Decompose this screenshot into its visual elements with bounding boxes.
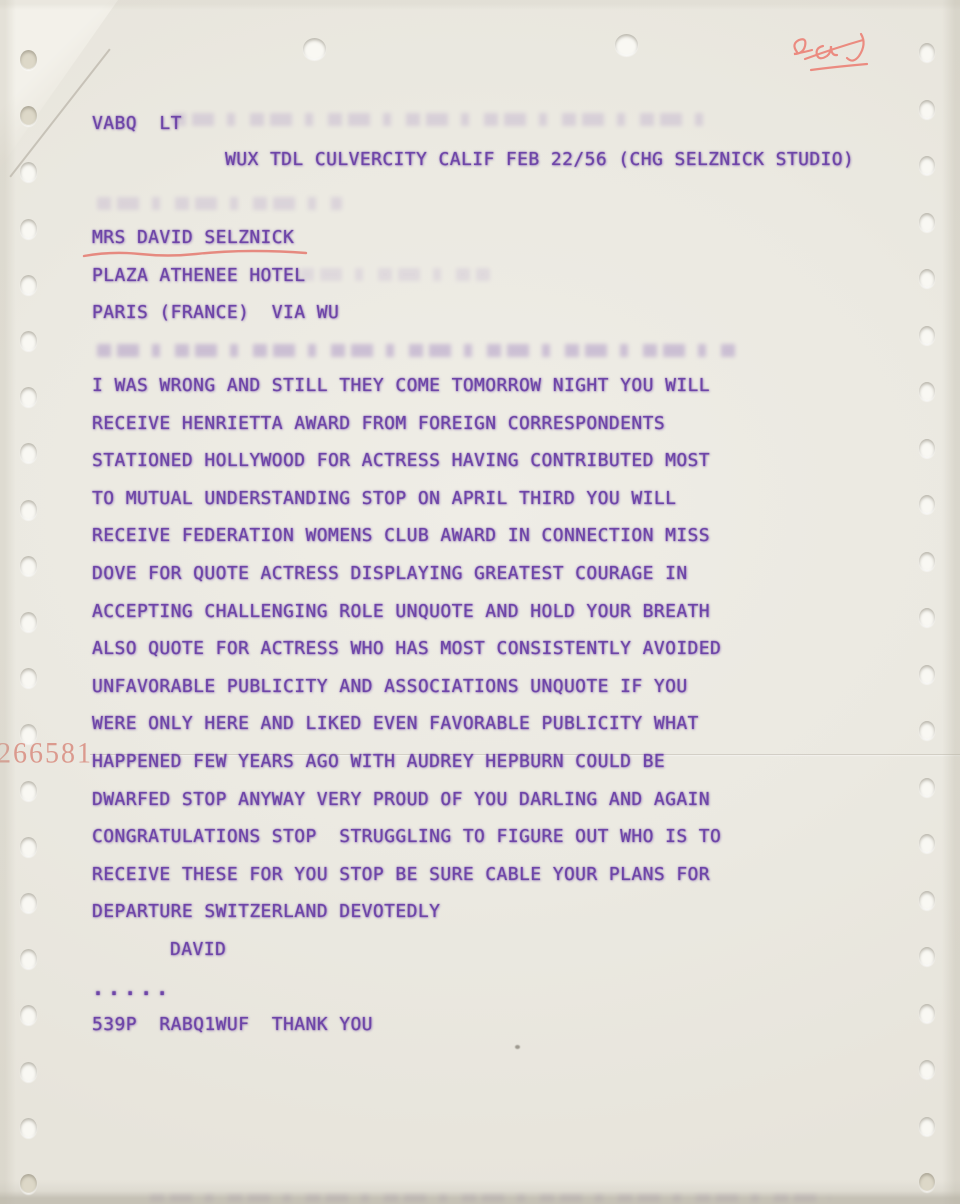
body-line: I WAS WRONG AND STILL THEY COME TOMORROW… <box>92 376 721 396</box>
origin-line: WUX TDL CULVERCITY CALIF FEB 22/56 (CHG … <box>225 150 854 170</box>
punch-hole <box>20 331 37 351</box>
recipient-address-line: PLAZA ATHENEE HOTEL <box>92 266 339 286</box>
punch-hole <box>20 949 37 969</box>
punch-hole <box>20 275 37 295</box>
punch-hole <box>919 552 935 571</box>
telegram-page: VABQ LT WUX TDL CULVERCITY CALIF FEB 22/… <box>0 0 960 1204</box>
punch-hole <box>919 778 935 797</box>
signature: DAVID <box>170 940 226 960</box>
punch-hole <box>20 1062 37 1082</box>
punch-hole <box>20 612 37 632</box>
punch-hole <box>919 439 935 458</box>
ink-bleedthrough <box>172 113 717 126</box>
ink-bleedthrough <box>97 344 737 357</box>
punch-hole <box>919 213 935 232</box>
punch-hole <box>20 724 37 744</box>
punch-hole <box>20 1005 37 1025</box>
punch-hole <box>919 156 935 175</box>
body-line: ACCEPTING CHALLENGING ROLE UNQUOTE AND H… <box>92 602 721 622</box>
body-line: STATIONED HOLLYWOOD FOR ACTRESS HAVING C… <box>92 451 721 471</box>
punch-hole <box>919 1173 935 1192</box>
body-line: RECEIVE THESE FOR YOU STOP BE SURE CABLE… <box>92 865 721 885</box>
body-line: RECEIVE HENRIETTA AWARD FROM FOREIGN COR… <box>92 414 721 434</box>
message-body: I WAS WRONG AND STILL THEY COME TOMORROW… <box>92 376 721 922</box>
punch-hole <box>919 721 935 740</box>
body-line: RECEIVE FEDERATION WOMENS CLUB AWARD IN … <box>92 526 721 546</box>
punch-hole <box>919 1060 935 1079</box>
punch-hole <box>919 100 935 119</box>
punch-hole <box>20 219 37 239</box>
punch-hole <box>919 382 935 401</box>
punch-hole <box>20 50 37 70</box>
transmission-footer: 539P RABQ1WUF THANK YOU <box>92 1015 373 1035</box>
punch-hole <box>20 893 37 913</box>
body-line: CONGRATULATIONS STOP STRUGGLING TO FIGUR… <box>92 827 721 847</box>
file-number-stamp: 266581 <box>0 737 93 770</box>
paper-fold-corner <box>0 0 118 168</box>
punch-hole <box>20 781 37 801</box>
punch-hole <box>20 1174 37 1194</box>
punch-hole <box>919 326 935 345</box>
ink-bleedthrough <box>97 197 342 210</box>
punch-hole <box>919 834 935 853</box>
body-line: DWARFED STOP ANYWAY VERY PROUD OF YOU DA… <box>92 790 721 810</box>
routing-line: VABQ LT <box>92 114 182 134</box>
punch-hole <box>20 556 37 576</box>
punch-hole <box>20 106 37 126</box>
recipient-block: MRS DAVID SELZNICK PLAZA ATHENEE HOTEL P… <box>92 228 339 323</box>
recipient-name: MRS DAVID SELZNICK <box>92 228 339 248</box>
red-pencil-underline <box>82 248 308 262</box>
ink-bleedthrough <box>150 1194 830 1202</box>
body-line: TO MUTUAL UNDERSTANDING STOP ON APRIL TH… <box>92 489 721 509</box>
handwritten-initials-annotation <box>775 28 885 80</box>
body-line: UNFAVORABLE PUBLICITY AND ASSOCIATIONS U… <box>92 677 721 697</box>
punch-hole <box>20 1118 37 1138</box>
body-line: ALSO QUOTE FOR ACTRESS WHO HAS MOST CONS… <box>92 639 721 659</box>
punch-hole <box>919 891 935 910</box>
punch-hole <box>919 665 935 684</box>
body-line: HAPPENED FEW YEARS AGO WITH AUDREY HEPBU… <box>92 752 721 772</box>
separator-dots: ..... <box>92 978 172 998</box>
body-line: WERE ONLY HERE AND LIKED EVEN FAVORABLE … <box>92 714 721 734</box>
body-line: DEPARTURE SWITZERLAND DEVOTEDLY <box>92 902 721 922</box>
punch-hole <box>615 34 638 56</box>
punch-hole <box>20 162 37 182</box>
punch-hole <box>20 837 37 857</box>
punch-hole <box>919 608 935 627</box>
punch-hole <box>919 495 935 514</box>
punch-hole <box>20 443 37 463</box>
paper-speck <box>515 1045 520 1049</box>
punch-hole <box>20 500 37 520</box>
punch-hole <box>919 269 935 288</box>
punch-hole <box>20 387 37 407</box>
body-line: DOVE FOR QUOTE ACTRESS DISPLAYING GREATE… <box>92 564 721 584</box>
punch-hole <box>919 1117 935 1136</box>
punch-hole <box>919 43 935 62</box>
punch-hole <box>919 1004 935 1023</box>
punch-hole <box>919 947 935 966</box>
punch-hole <box>20 668 37 688</box>
recipient-address-line: PARIS (FRANCE) VIA WU <box>92 303 339 323</box>
punch-hole <box>303 38 326 60</box>
